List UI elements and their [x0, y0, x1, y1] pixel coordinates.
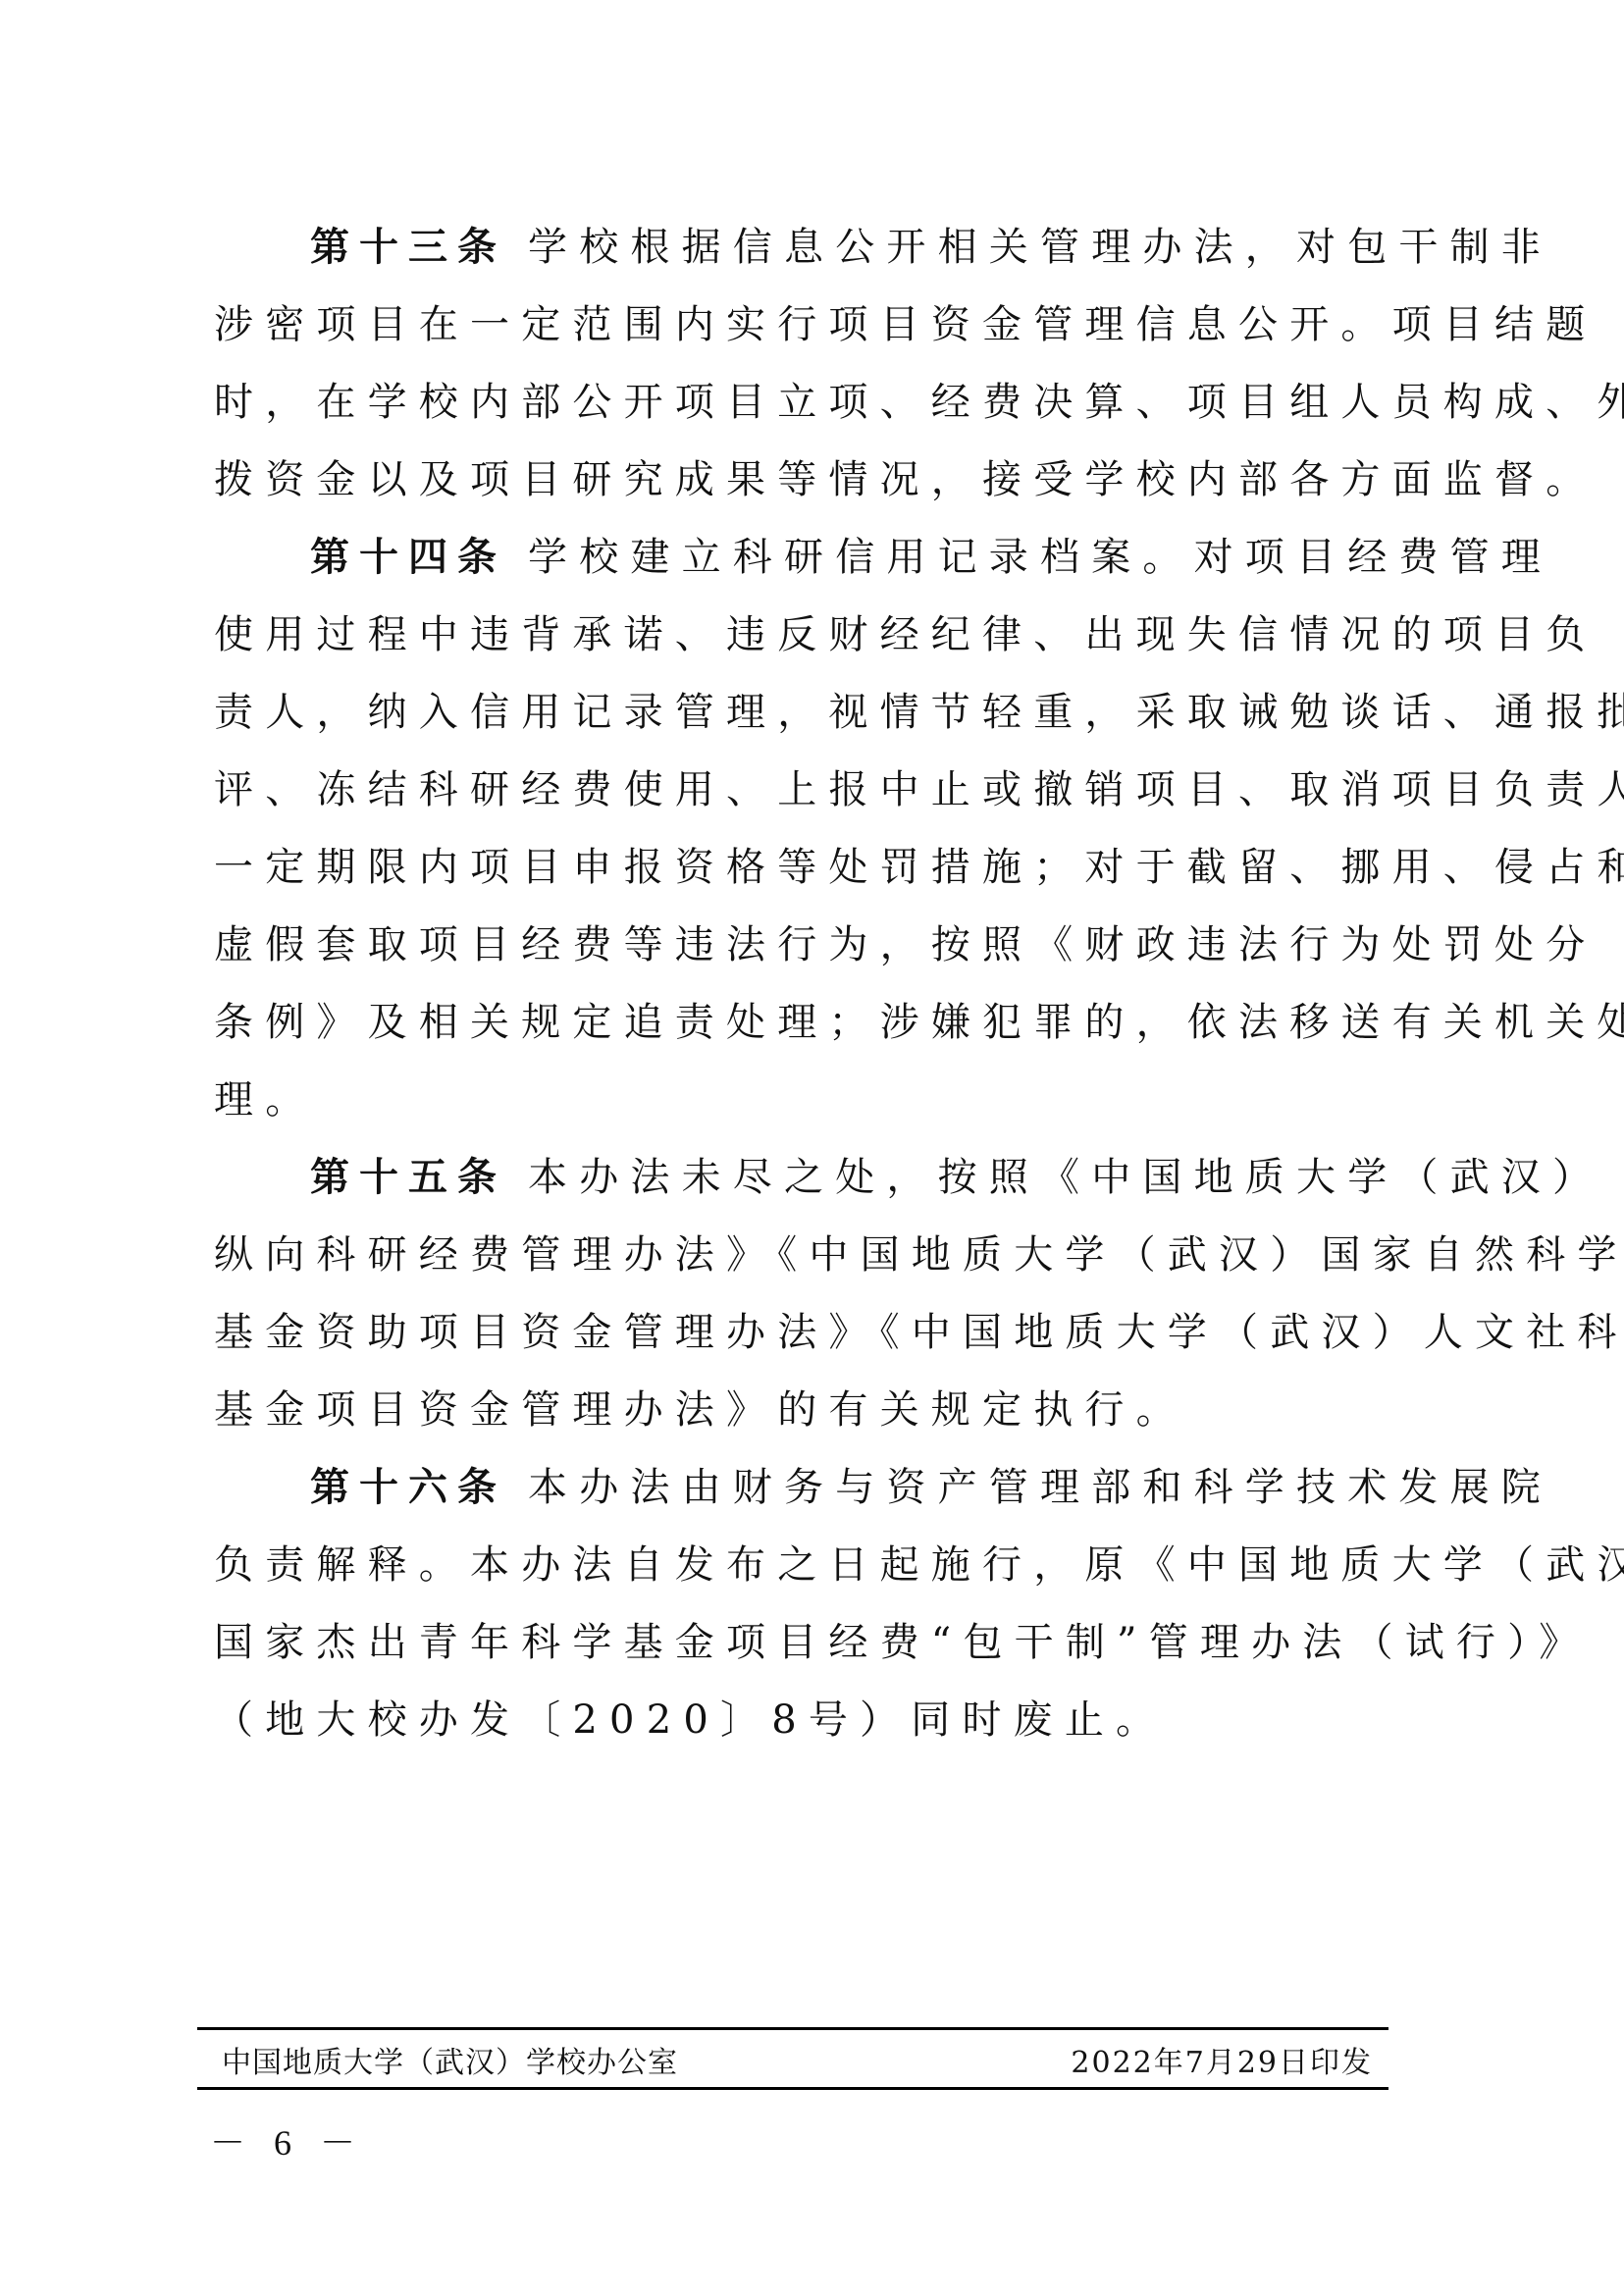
article-line: 涉密项目在一定范围内实行项目资金管理信息公开。项目结题	[118, 287, 1419, 364]
article-line: 责人，纳入信用记录管理，视情节轻重，采取诫勉谈话、通报批	[118, 674, 1419, 752]
article-15: 第十五条本办法未尽之处，按照《中国地质大学（武汉） 纵向科研经费管理办法》《中国…	[214, 1139, 1419, 1449]
article-number: 第十三条	[310, 225, 506, 270]
article-line: 条例》及相关规定追责处理；涉嫌犯罪的，依法移送有关机关处	[118, 984, 1419, 1062]
article-line: 基金项目资金管理办法》的有关规定执行。	[118, 1372, 1419, 1449]
article-line: 虚假套取项目经费等违法行为，按照《财政违法行为处罚处分	[118, 907, 1419, 984]
article-line: 纵向科研经费管理办法》《中国地质大学（武汉）国家自然科学	[118, 1217, 1419, 1294]
document-body: 第十三条学校根据信息公开相关管理办法，对包干制非 涉密项目在一定范围内实行项目资…	[214, 209, 1419, 1759]
article-number: 第十六条	[310, 1465, 506, 1510]
document-page: 第十三条学校根据信息公开相关管理办法，对包干制非 涉密项目在一定范围内实行项目资…	[0, 0, 1624, 2296]
article-number: 第十四条	[310, 535, 506, 580]
article-line: 第十六条本办法由财务与资产管理部和科学技术发展院	[214, 1449, 1419, 1527]
article-line: （地大校办发〔2020〕8号）同时废止。	[118, 1682, 1419, 1759]
article-line: 基金资助项目资金管理办法》《中国地质大学（武汉）人文社科	[118, 1294, 1419, 1372]
article-number: 第十五条	[310, 1155, 506, 1200]
article-line: 一定期限内项目申报资格等处罚措施；对于截留、挪用、侵占和	[118, 829, 1419, 907]
article-line: 理。	[118, 1062, 1419, 1139]
article-line: 负责解释。本办法自发布之日起施行，原《中国地质大学（武汉）	[118, 1527, 1419, 1604]
issuing-office: 中国地质大学（武汉）学校办公室	[222, 2038, 678, 2081]
article-line: 第十四条学校建立科研信用记录档案。对项目经费管理	[214, 519, 1419, 597]
article-14: 第十四条学校建立科研信用记录档案。对项目经费管理 使用过程中违背承诺、违反财经纪…	[214, 519, 1419, 1139]
article-line: 使用过程中违背承诺、违反财经纪律、出现失信情况的项目负	[118, 597, 1419, 674]
article-line: 评、冻结科研经费使用、上报中止或撤销项目、取消项目负责人	[118, 752, 1419, 829]
article-line: 第十三条学校根据信息公开相关管理办法，对包干制非	[214, 209, 1419, 287]
article-line: 时，在学校内部公开项目立项、经费决算、项目组人员构成、外	[118, 364, 1419, 442]
print-info-footer: 中国地质大学（武汉）学校办公室 2022年7月29日印发	[197, 2027, 1388, 2090]
article-line: 第十五条本办法未尽之处，按照《中国地质大学（武汉）	[214, 1139, 1419, 1217]
article-line: 拨资金以及项目研究成果等情况，接受学校内部各方面监督。	[118, 442, 1419, 519]
article-13: 第十三条学校根据信息公开相关管理办法，对包干制非 涉密项目在一定范围内实行项目资…	[214, 209, 1419, 519]
article-line: 国家杰出青年科学基金项目经费“包干制”管理办法（试行）》	[118, 1604, 1419, 1682]
article-16: 第十六条本办法由财务与资产管理部和科学技术发展院 负责解释。本办法自发布之日起施…	[214, 1449, 1419, 1759]
print-date: 2022年7月29日印发	[1071, 2038, 1373, 2081]
page-number: － 6 －	[210, 2115, 365, 2166]
